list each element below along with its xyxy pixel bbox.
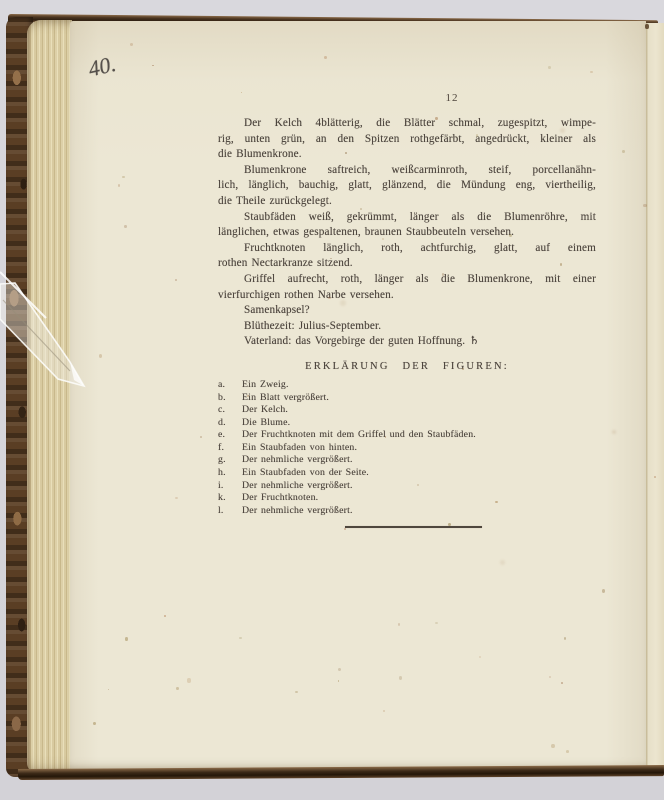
figure-item: b.Ein Blatt vergrößert. — [218, 392, 596, 405]
body-line: die Blumenkrone. — [218, 147, 596, 163]
body-line: vierfurchigen rothen Narbe versehen. — [218, 288, 596, 304]
body-line: Blumenkrone saftreich, weißcarminroth, s… — [218, 163, 596, 179]
body-line: Vaterland: das Vorgebirge der guten Hoff… — [218, 334, 596, 350]
figures-heading: ERKLÄRUNG DER FIGUREN: — [218, 361, 596, 372]
figure-item-text: Der Kelch. — [242, 404, 596, 417]
figure-item-text: Der nehmliche vergrößert. — [242, 454, 596, 467]
page-number: 12 — [438, 92, 466, 104]
figure-item-letter: f. — [218, 442, 242, 455]
figure-item-letter: a. — [218, 379, 242, 392]
figure-item: e.Der Fruchtknoten mit dem Griffel und d… — [218, 429, 596, 442]
text-block: Der Kelch 4blätterig, die Blätter schmal… — [218, 116, 596, 528]
figure-item-letter: c. — [218, 404, 242, 417]
figure-item-text: Die Blume. — [242, 417, 596, 430]
figure-item-letter: l. — [218, 505, 242, 518]
body-paragraphs: Der Kelch 4blätterig, die Blätter schmal… — [218, 116, 596, 350]
figure-item-letter: g. — [218, 454, 242, 467]
figure-item-text: Ein Staubfaden von hinten. — [242, 442, 596, 455]
figure-item: l.Der nehmliche vergrößert. — [218, 505, 596, 518]
page-right-fold-edge — [646, 23, 664, 769]
figure-item-text: Der nehmliche vergrößert. — [242, 505, 596, 518]
figure-item: k.Der Fruchtknoten. — [218, 492, 596, 505]
figure-item-letter: k. — [218, 492, 242, 505]
body-line: die Theile zurückgelegt. — [218, 194, 596, 210]
body-line: Der Kelch 4blätterig, die Blätter schmal… — [218, 116, 596, 132]
figure-item: a.Ein Zweig. — [218, 379, 596, 392]
figure-item: c.Der Kelch. — [218, 404, 596, 417]
figure-item-text: Ein Staubfaden von der Seite. — [242, 467, 596, 480]
figure-item: h.Ein Staubfaden von der Seite. — [218, 467, 596, 480]
figure-item-text: Ein Blatt vergrößert. — [242, 392, 596, 405]
body-line: lich, länglich, bauchig, glatt, glänzend… — [218, 178, 596, 194]
figure-item-text: Der Fruchtknoten mit dem Griffel und den… — [242, 429, 596, 442]
body-line: rothen Nectarkranze sitzend. — [218, 256, 596, 272]
figure-item: i.Der nehmliche vergrößert. — [218, 480, 596, 493]
section-end-rule — [345, 526, 482, 528]
body-line: Griffel aufrecht, roth, länger als die B… — [218, 272, 596, 288]
body-line: Samenkapsel? — [218, 303, 596, 319]
body-line: Staubfäden weiß, gekrümmt, länger als di… — [218, 210, 596, 226]
figure-item-letter: h. — [218, 467, 242, 480]
figure-item-letter: b. — [218, 392, 242, 405]
figure-explanation-list: a.Ein Zweig.b.Ein Blatt vergrößert.c.Der… — [218, 379, 596, 518]
figure-item-letter: i. — [218, 480, 242, 493]
figure-item: f.Ein Staubfaden von hinten. — [218, 442, 596, 455]
figure-item: g.Der nehmliche vergrößert. — [218, 454, 596, 467]
figure-item-text: Der nehmliche vergrößert. — [242, 480, 596, 493]
body-line: Blüthezeit: Julius-September. — [218, 319, 596, 335]
body-line: Fruchtknoten länglich, roth, achtfurchig… — [218, 241, 596, 257]
body-line: länglichen, etwas gespaltenen, braunen S… — [218, 225, 596, 241]
glass-pointer-overlay — [0, 258, 104, 400]
figure-item: d.Die Blume. — [218, 417, 596, 430]
body-line: rig, unten grün, an den Spitzen rothgefä… — [218, 132, 596, 148]
figure-item-letter: e. — [218, 429, 242, 442]
figure-item-text: Der Fruchtknoten. — [242, 492, 596, 505]
figure-item-letter: d. — [218, 417, 242, 430]
figure-item-text: Ein Zweig. — [242, 379, 596, 392]
